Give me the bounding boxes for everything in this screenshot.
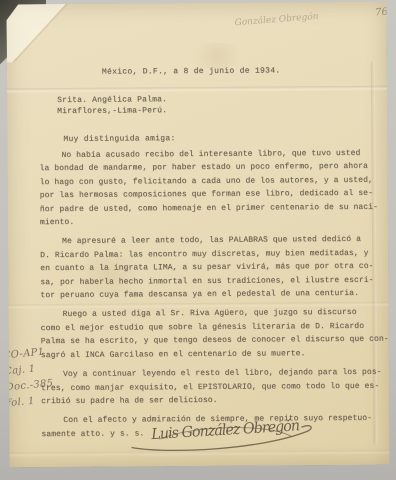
archive-margin-notes: CO-AP1Caj. 1Doc.-385fol. 1	[2, 344, 55, 412]
text-line: sagró al INCA Garcilaso en el centenario…	[41, 346, 381, 362]
letter-body: No había acusado recibo del interesante …	[39, 147, 381, 447]
text-line: tres, como manjar exquisito, el EPISTOLA…	[41, 379, 381, 395]
pencil-annotation: González Obregón 769	[234, 6, 394, 29]
dateline: México, D.F., a 8 de junio de 1934.	[102, 66, 281, 76]
pencil-annotation-name: González Obregón	[234, 12, 319, 28]
letter-paragraph: Voy a continuar leyendo el resto del lib…	[41, 366, 381, 409]
text-line: Miraflores,-Lima-Perú.	[57, 106, 167, 117]
letter-paragraph: Me apresuré a leer ante todo, las PALABR…	[40, 233, 380, 302]
signature: Luis González Obregón	[125, 410, 321, 457]
text-line: cribió su padre ha de ser delicioso.	[41, 393, 381, 409]
text-line: Srita. Angélica Palma.	[57, 95, 167, 106]
scanned-letter-page: { "colors":{ "background":"#c3c1bc", "pa…	[0, 0, 396, 480]
text-line: Palma se ha escrito, y que tengo deseos …	[41, 333, 381, 349]
letter-paragraph: Ruego a usted diga al Sr. Riva Agüero, q…	[41, 306, 381, 362]
letter-paragraphs: No había acusado recibo del interesante …	[39, 147, 381, 409]
text-line: miento.	[40, 214, 380, 230]
salutation: Muy distinguida amiga:	[63, 134, 175, 144]
letter-paragraph: No había acusado recibo del interesante …	[39, 147, 380, 230]
recipient-address: Srita. Angélica Palma.Miraflores,-Lima-P…	[57, 95, 167, 117]
text-line: tor peruano cuya fama descansa ya en el …	[40, 287, 380, 303]
paper-corner-fold	[6, 4, 80, 63]
signature-name: Luis González Obregón	[150, 416, 300, 443]
page-number: 769	[375, 6, 395, 18]
text-line: ñor padre de usted, como homenaje en el …	[40, 200, 380, 216]
letter-paper: González Obregón 769 México, D.F., a 8 d…	[6, 2, 389, 468]
paper-fold-crease	[7, 86, 387, 94]
paper-stain	[187, 43, 247, 69]
